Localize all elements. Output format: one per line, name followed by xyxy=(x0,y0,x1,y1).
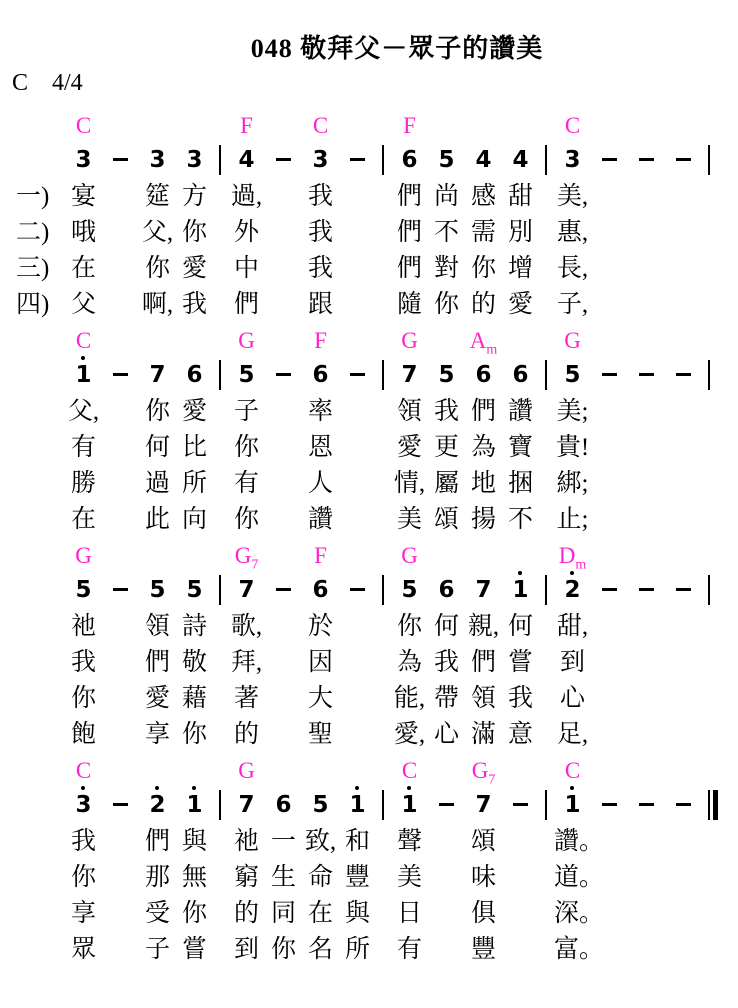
lyric-syllable: 頌 xyxy=(428,502,465,537)
note-dash xyxy=(676,588,691,591)
lyric-syllable: 你 xyxy=(228,502,265,537)
note-cell: 5 xyxy=(391,574,428,606)
note-cell: 6 xyxy=(302,574,339,606)
lyric-syllable: 有 xyxy=(65,430,102,465)
lyric-syllable: 恩 xyxy=(302,430,339,465)
lyric-syllable: 心 xyxy=(428,717,465,752)
lyric-syllable: 方 xyxy=(176,179,213,214)
note-number: 5 xyxy=(312,789,328,821)
lyric-syllable: 率 xyxy=(302,394,339,429)
lyric-syllable: 敬 xyxy=(176,645,213,680)
lyric-row: 祂領詩歌,於你何親,何甜, xyxy=(0,609,738,645)
lyric-syllable: 愛 xyxy=(502,287,539,322)
lyric-syllable: 頌 xyxy=(465,824,502,859)
lyric-row: 你愛藉著大能,帶領我心 xyxy=(0,681,738,717)
note-cell xyxy=(102,144,139,176)
lyric-syllable: 深。 xyxy=(554,896,591,931)
note-dash xyxy=(439,803,454,806)
chord-root: G xyxy=(238,758,255,783)
lyric-row: 你那無窮生命豐美味道。 xyxy=(0,860,738,896)
lyric-syllable: 在 xyxy=(65,251,102,286)
note-cell: 5 xyxy=(228,359,265,391)
lyric-syllable: 你 xyxy=(176,717,213,752)
chord-label: G7 xyxy=(465,756,502,786)
chord-row: CGFGAmG xyxy=(0,323,738,356)
note-number: 6 xyxy=(275,789,291,821)
chord-root: D xyxy=(559,543,576,568)
lyric-syllable: 綁; xyxy=(554,466,591,501)
lyric-syllable: 不 xyxy=(502,502,539,537)
note-cell: 7 xyxy=(228,789,265,821)
chord-row: GG7FGDm xyxy=(0,538,738,571)
chord-root: C xyxy=(76,758,91,783)
chord-root: G xyxy=(564,328,581,353)
lyric-syllable: 生 xyxy=(265,860,302,895)
note-number: 1 xyxy=(401,789,417,821)
barline xyxy=(219,575,221,605)
note-number: 6 xyxy=(186,359,202,391)
lyric-row: 一)宴筵方過,我們尚感甜美, xyxy=(0,179,738,215)
lyric-row: 我們與祂一致,和聲頌讚。 xyxy=(0,824,738,860)
verse-number-label: 二) xyxy=(16,215,49,250)
note-cell: 1 xyxy=(176,789,213,821)
lyric-syllable: 的 xyxy=(228,717,265,752)
chord-label: C xyxy=(65,756,102,786)
note-cell: 5 xyxy=(428,359,465,391)
lyric-syllable: 豐 xyxy=(339,860,376,895)
note-dash xyxy=(676,158,691,161)
lyric-syllable: 增 xyxy=(502,251,539,286)
note-cell: 6 xyxy=(465,359,502,391)
note-dash xyxy=(350,588,365,591)
chord-label: G xyxy=(228,756,265,786)
lyric-syllable: 何 xyxy=(502,609,539,644)
lyric-syllable: 著 xyxy=(228,681,265,716)
note-cell xyxy=(265,144,302,176)
lyric-syllable: 領 xyxy=(465,681,502,716)
chord-label: G xyxy=(391,326,428,356)
note-cell xyxy=(591,789,628,821)
barline xyxy=(219,145,221,175)
lyric-syllable: 父, xyxy=(139,215,176,250)
lyric-row: 三)在你愛中我們對你增長, xyxy=(0,251,738,287)
note-number: 1 xyxy=(512,574,528,606)
chord-label: C xyxy=(302,111,339,141)
lyric-syllable: 宴 xyxy=(65,179,102,214)
lyric-syllable: 我 xyxy=(65,645,102,680)
note-number: 4 xyxy=(475,144,491,176)
lyric-syllable: 不 xyxy=(428,215,465,250)
lyric-syllable: 享 xyxy=(65,896,102,931)
lyric-syllable: 們 xyxy=(139,824,176,859)
lyric-syllable: 嘗 xyxy=(176,932,213,967)
lyric-row: 我們敬拜,因為我們嘗到 xyxy=(0,645,738,681)
lyric-syllable: 為 xyxy=(391,645,428,680)
lyric-syllable: 和 xyxy=(339,824,376,859)
note-cell xyxy=(628,144,665,176)
lyric-syllable: 需 xyxy=(465,215,502,250)
note-number: 5 xyxy=(149,574,165,606)
note-dash xyxy=(602,588,617,591)
chord-root: C xyxy=(402,758,417,783)
note-cell xyxy=(502,789,539,821)
note-dash xyxy=(676,803,691,806)
lyric-syllable: 過, xyxy=(228,179,265,214)
lyric-syllable: 受 xyxy=(139,896,176,931)
note-number: 7 xyxy=(475,574,491,606)
lyric-syllable: 尚 xyxy=(428,179,465,214)
lyric-syllable: 對 xyxy=(428,251,465,286)
lyric-syllable: 愛 xyxy=(176,251,213,286)
note-cell: 7 xyxy=(391,359,428,391)
note-cell: 3 xyxy=(554,144,591,176)
chord-root: C xyxy=(313,113,328,138)
chord-root: C xyxy=(76,328,91,353)
note-dash xyxy=(676,373,691,376)
note-number: 1 xyxy=(186,789,202,821)
lyric-syllable: 你 xyxy=(176,215,213,250)
lyric-syllable: 聲 xyxy=(391,824,428,859)
note-number: 5 xyxy=(238,359,254,391)
melody-row: 1765675665 xyxy=(0,356,738,394)
lyric-syllable: 足, xyxy=(554,717,591,752)
note-number: 6 xyxy=(438,574,454,606)
lyric-syllable: 何 xyxy=(139,430,176,465)
lyric-syllable: 長, xyxy=(554,251,591,286)
note-number: 7 xyxy=(238,789,254,821)
note-number: 3 xyxy=(75,144,91,176)
barline xyxy=(708,360,710,390)
lyric-syllable: 更 xyxy=(428,430,465,465)
lyric-syllable: 你 xyxy=(228,430,265,465)
chord-root: F xyxy=(240,113,253,138)
lyric-syllable: 帶 xyxy=(428,681,465,716)
note-cell xyxy=(628,574,665,606)
lyric-syllable: 你 xyxy=(465,251,502,286)
lyric-syllable: 們 xyxy=(228,287,265,322)
lyric-syllable: 致, xyxy=(302,824,339,859)
note-cell: 5 xyxy=(554,359,591,391)
note-dash xyxy=(276,158,291,161)
lyric-syllable: 有 xyxy=(391,932,428,967)
note-number: 3 xyxy=(564,144,580,176)
lyric-syllable: 美 xyxy=(391,502,428,537)
chord-root: G xyxy=(401,328,418,353)
lyric-syllable: 地 xyxy=(465,466,502,501)
note-number: 5 xyxy=(75,574,91,606)
chord-row: CFCFC xyxy=(0,108,738,141)
lyric-syllable: 我 xyxy=(428,645,465,680)
note-cell: 3 xyxy=(65,789,102,821)
lyric-syllable: 父, xyxy=(65,394,102,429)
lyric-syllable: 日 xyxy=(391,896,428,931)
lyric-syllable: 此 xyxy=(139,502,176,537)
lyric-syllable: 向 xyxy=(176,502,213,537)
note-cell: 7 xyxy=(139,359,176,391)
note-cell xyxy=(591,359,628,391)
chord-label: G7 xyxy=(228,541,265,571)
lyric-syllable: 美; xyxy=(554,394,591,429)
lyric-syllable: 比 xyxy=(176,430,213,465)
note-dash xyxy=(113,373,128,376)
lyric-syllable: 祂 xyxy=(65,609,102,644)
chord-root: G xyxy=(235,543,252,568)
lyric-syllable: 滿 xyxy=(465,717,502,752)
note-cell: 1 xyxy=(554,789,591,821)
note-cell xyxy=(628,789,665,821)
lyric-row: 二)哦父,你外我們不需別惠, xyxy=(0,215,738,251)
lyric-syllable: 到 xyxy=(554,645,591,680)
barline xyxy=(382,360,384,390)
lyric-syllable: 筵 xyxy=(139,179,176,214)
note-cell: 4 xyxy=(228,144,265,176)
melody-row: 5557656712 xyxy=(0,571,738,609)
note-dash xyxy=(513,803,528,806)
lyric-syllable: 們 xyxy=(391,251,428,286)
note-cell xyxy=(665,359,702,391)
lyric-syllable: 領 xyxy=(391,394,428,429)
chord-label: F xyxy=(302,326,339,356)
lyric-row: 勝過所有人情,屬地捆綁; xyxy=(0,466,738,502)
hymn-sheet-page: { "colors": { "chord": "#ff22cc", "text"… xyxy=(0,0,738,1008)
barline xyxy=(545,360,547,390)
note-cell: 3 xyxy=(139,144,176,176)
note-cell: 6 xyxy=(428,574,465,606)
lyric-syllable: 豐 xyxy=(465,932,502,967)
notation-systems-container: CFCFC3334365443一)宴筵方過,我們尚感甜美,二)哦父,你外我們不需… xyxy=(0,108,738,968)
note-dash xyxy=(639,373,654,376)
note-cell: 5 xyxy=(139,574,176,606)
note-cell: 5 xyxy=(302,789,339,821)
lyric-syllable: 我 xyxy=(65,824,102,859)
lyric-syllable: 父 xyxy=(65,287,102,322)
chord-label: F xyxy=(228,111,265,141)
lyric-syllable: 味 xyxy=(465,860,502,895)
lyric-syllable: 外 xyxy=(228,215,265,250)
note-cell: 5 xyxy=(428,144,465,176)
lyric-syllable: 名 xyxy=(302,932,339,967)
lyric-syllable: 與 xyxy=(339,896,376,931)
note-dash xyxy=(350,373,365,376)
lyric-syllable: 你 xyxy=(65,860,102,895)
note-dash xyxy=(113,158,128,161)
lyric-syllable: 止; xyxy=(554,502,591,537)
note-number: 5 xyxy=(401,574,417,606)
page-title: 048 敬拜父－眾子的讚美 xyxy=(0,0,738,72)
verse-number-label: 一) xyxy=(16,179,49,214)
lyric-syllable: 心 xyxy=(554,681,591,716)
chord-label: C xyxy=(65,326,102,356)
barline xyxy=(382,145,384,175)
lyric-syllable: 甜, xyxy=(554,609,591,644)
lyric-syllable: 惠, xyxy=(554,215,591,250)
lyric-syllable: 享 xyxy=(139,717,176,752)
lyric-syllable: 歌, xyxy=(228,609,265,644)
chord-label: C xyxy=(554,756,591,786)
note-number: 5 xyxy=(564,359,580,391)
lyric-syllable: 於 xyxy=(302,609,339,644)
lyric-syllable: 一 xyxy=(265,824,302,859)
lyric-syllable: 我 xyxy=(502,681,539,716)
chord-label: G xyxy=(65,541,102,571)
note-dash xyxy=(639,158,654,161)
note-dash xyxy=(639,803,654,806)
chord-root: G xyxy=(472,758,489,783)
lyric-syllable: 我 xyxy=(302,251,339,286)
lyric-syllable: 窮 xyxy=(228,860,265,895)
lyric-syllable: 子 xyxy=(139,932,176,967)
note-number: 6 xyxy=(401,144,417,176)
chord-label: G xyxy=(554,326,591,356)
note-number: 2 xyxy=(149,789,165,821)
note-cell: 4 xyxy=(465,144,502,176)
note-cell: 7 xyxy=(465,789,502,821)
lyric-syllable: 們 xyxy=(391,179,428,214)
note-cell: 1 xyxy=(339,789,376,821)
note-cell xyxy=(102,789,139,821)
lyric-syllable: 愛 xyxy=(176,394,213,429)
lyric-syllable: 聖 xyxy=(302,717,339,752)
note-cell: 3 xyxy=(302,144,339,176)
chord-label: C xyxy=(65,111,102,141)
chord-label: G xyxy=(391,541,428,571)
lyric-syllable: 拜, xyxy=(228,645,265,680)
note-cell: 2 xyxy=(139,789,176,821)
barline xyxy=(545,145,547,175)
chord-label: Dm xyxy=(554,541,591,571)
note-cell xyxy=(428,789,465,821)
lyric-syllable: 捆 xyxy=(502,466,539,501)
lyric-syllable: 人 xyxy=(302,466,339,501)
note-dash xyxy=(276,373,291,376)
chord-row: CGCG7C xyxy=(0,753,738,786)
note-cell: 7 xyxy=(228,574,265,606)
lyric-syllable: 愛 xyxy=(391,430,428,465)
note-dash xyxy=(602,803,617,806)
lyric-syllable: 愛 xyxy=(139,681,176,716)
lyric-syllable: 我 xyxy=(428,394,465,429)
note-cell: 4 xyxy=(502,144,539,176)
lyric-syllable: 大 xyxy=(302,681,339,716)
lyric-row: 四)父啊,我們跟隨你的愛子, xyxy=(0,287,738,323)
system-2: CGFGAmG1765675665父,你愛子率領我們讚美;有何比你恩愛更為寶貴!… xyxy=(0,323,738,538)
lyric-syllable: 我 xyxy=(176,287,213,322)
lyric-syllable: 眾 xyxy=(65,932,102,967)
chord-label: Am xyxy=(465,326,502,356)
lyric-syllable: 詩 xyxy=(176,609,213,644)
note-dash xyxy=(113,803,128,806)
note-cell: 5 xyxy=(65,574,102,606)
barline xyxy=(545,575,547,605)
note-number: 1 xyxy=(564,789,580,821)
note-cell xyxy=(628,359,665,391)
chord-root: F xyxy=(314,543,327,568)
note-dash xyxy=(113,588,128,591)
lyric-syllable: 命 xyxy=(302,860,339,895)
note-cell: 1 xyxy=(65,359,102,391)
lyric-row: 飽享你的聖愛,心滿意足, xyxy=(0,717,738,753)
system-1: CFCFC3334365443一)宴筵方過,我們尚感甜美,二)哦父,你外我們不需… xyxy=(0,108,738,323)
note-cell: 3 xyxy=(65,144,102,176)
note-number: 1 xyxy=(349,789,365,821)
note-number: 6 xyxy=(312,574,328,606)
lyric-syllable: 所 xyxy=(176,466,213,501)
note-number: 5 xyxy=(438,144,454,176)
lyric-syllable: 你 xyxy=(265,932,302,967)
note-number: 5 xyxy=(438,359,454,391)
lyric-syllable: 啊, xyxy=(139,287,176,322)
barline xyxy=(219,360,221,390)
note-cell xyxy=(265,574,302,606)
note-dash xyxy=(639,588,654,591)
lyric-syllable: 親, xyxy=(465,609,502,644)
melody-row: 3334365443 xyxy=(0,141,738,179)
chord-label: F xyxy=(391,111,428,141)
lyric-syllable: 貴! xyxy=(554,430,591,465)
lyric-syllable: 讚。 xyxy=(554,824,591,859)
lyric-syllable: 寶 xyxy=(502,430,539,465)
note-cell xyxy=(102,574,139,606)
note-number: 4 xyxy=(512,144,528,176)
note-cell: 6 xyxy=(302,359,339,391)
chord-label: F xyxy=(302,541,339,571)
note-cell: 1 xyxy=(502,574,539,606)
chord-label: C xyxy=(391,756,428,786)
chord-label: C xyxy=(554,111,591,141)
chord-root: C xyxy=(565,758,580,783)
lyric-syllable: 愛, xyxy=(391,717,428,752)
chord-root: F xyxy=(403,113,416,138)
lyric-syllable: 跟 xyxy=(302,287,339,322)
lyric-syllable: 你 xyxy=(391,609,428,644)
lyric-syllable: 的 xyxy=(465,287,502,322)
key-signature-line: C 4/4 xyxy=(0,72,738,108)
lyric-syllable: 意 xyxy=(502,717,539,752)
lyric-syllable: 美 xyxy=(391,860,428,895)
lyric-syllable: 感 xyxy=(465,179,502,214)
note-cell xyxy=(591,144,628,176)
lyric-syllable: 美, xyxy=(554,179,591,214)
lyric-syllable: 藉 xyxy=(176,681,213,716)
note-dash xyxy=(276,588,291,591)
lyric-syllable: 與 xyxy=(176,824,213,859)
lyric-row: 享受你的同在與日俱深。 xyxy=(0,896,738,932)
lyric-syllable: 你 xyxy=(139,394,176,429)
lyric-syllable: 哦 xyxy=(65,215,102,250)
note-cell xyxy=(665,144,702,176)
lyric-syllable: 情, xyxy=(391,466,428,501)
lyric-syllable: 你 xyxy=(139,251,176,286)
note-cell xyxy=(665,789,702,821)
lyric-syllable: 何 xyxy=(428,609,465,644)
note-number: 2 xyxy=(564,574,580,606)
time-signature: 4/4 xyxy=(52,70,83,97)
note-number: 3 xyxy=(149,144,165,176)
barline xyxy=(708,575,710,605)
lyric-syllable: 為 xyxy=(465,430,502,465)
chord-root: G xyxy=(238,328,255,353)
lyric-syllable: 中 xyxy=(228,251,265,286)
note-number: 1 xyxy=(75,359,91,391)
lyric-syllable: 所 xyxy=(339,932,376,967)
chord-root: C xyxy=(76,113,91,138)
barline xyxy=(219,790,221,820)
lyric-syllable: 的 xyxy=(228,896,265,931)
note-cell: 6 xyxy=(391,144,428,176)
lyric-syllable: 俱 xyxy=(465,896,502,931)
note-number: 6 xyxy=(475,359,491,391)
note-cell: 2 xyxy=(554,574,591,606)
